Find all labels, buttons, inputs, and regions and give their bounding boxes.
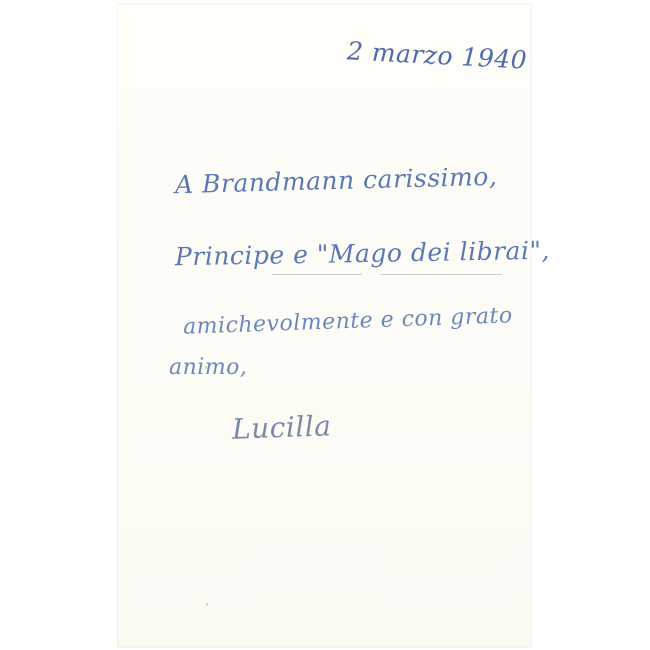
pencil-underline xyxy=(422,274,502,275)
dedication-line-3: amichevolmente e con grato xyxy=(183,303,513,339)
dedication-line-4: animo, xyxy=(169,355,247,380)
signature: Lucilla xyxy=(231,409,331,445)
document-page: 2 marzo 1940 A Brandmann carissimo, Prin… xyxy=(117,3,532,648)
paper-speck xyxy=(206,603,208,606)
pencil-underline xyxy=(272,274,362,275)
handwritten-date: 2 marzo 1940 xyxy=(346,36,527,74)
dedication-line-2: Principe e "Mago dei librai", xyxy=(175,236,550,272)
paper-speck xyxy=(205,366,207,369)
dedication-line-1: A Brandmann carissimo, xyxy=(175,162,498,199)
